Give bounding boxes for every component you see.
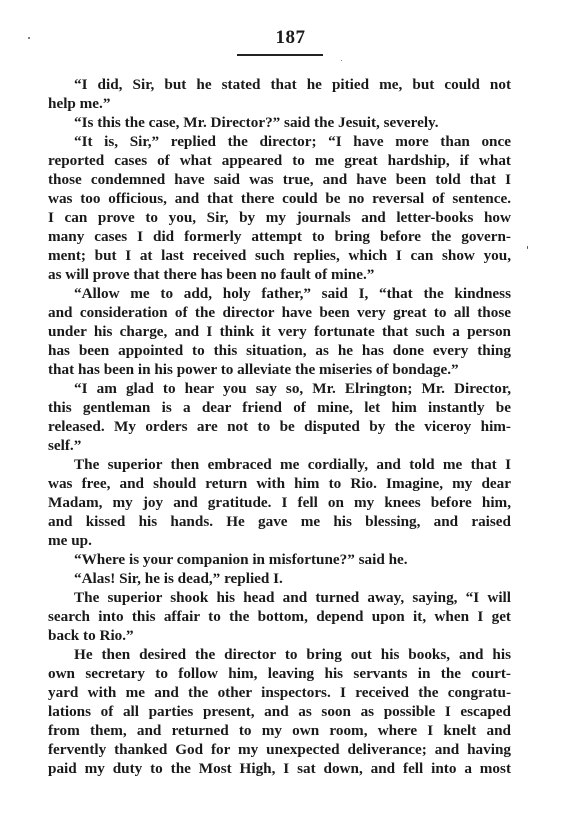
text-line: Madam, my joy and gratitude. I fell on m… [48,493,511,512]
text-line: many cases I did formerly attempt to bri… [48,227,511,246]
text-line: lations of all parties present, and as s… [48,702,511,721]
text-line: own secretary to follow him, leaving his… [48,664,511,683]
text-line: The superior then embraced me cordially,… [48,455,511,474]
text-line: and kissed his hands. He gave me his ble… [48,512,511,531]
page-body-text: “I did, Sir, but he stated that he pitie… [48,75,511,778]
scan-speck [527,246,528,249]
text-line: that has been in his power to alleviate … [48,360,511,379]
text-line: ment; but I at last received such replie… [48,246,511,265]
text-line: and consideration of the director have b… [48,303,511,322]
text-line: as will prove that there has been no fau… [48,265,511,284]
text-line: The superior shook his head and turned a… [48,588,511,607]
text-line: under his charge, and I think it very fo… [48,322,511,341]
text-line: I can prove to you, Sir, by my journals … [48,208,511,227]
scan-speck [28,37,30,39]
text-line: “I am glad to hear you say so, Mr. Elrin… [48,379,511,398]
header-rule [237,54,323,56]
text-line: those condemned have said was true, and … [48,170,511,189]
page-header: 187 [0,27,575,49]
text-line: “Alas! Sir, he is dead,” replied I. [48,569,511,588]
text-line: “I did, Sir, but he stated that he pitie… [48,75,511,94]
text-line: me up. [48,531,511,550]
text-line: yard with me and the other inspectors. I… [48,683,511,702]
page-number: 187 [276,27,306,49]
text-line: was too officious, and that there could … [48,189,511,208]
text-line: from them, and returned to my own room, … [48,721,511,740]
text-line: self.” [48,436,511,455]
text-line: “Where is your companion in misfortune?”… [48,550,511,569]
text-line: “It is, Sir,” replied the director; “I h… [48,132,511,151]
text-line: has been appointed to this situation, as… [48,341,511,360]
text-line: search into this affair to the bottom, d… [48,607,511,626]
text-line: reported cases of what appeared to me gr… [48,151,511,170]
text-line: help me.” [48,94,511,113]
text-line: was free, and should return with him to … [48,474,511,493]
text-line: back to Rio.” [48,626,511,645]
text-line: “Allow me to add, holy father,” said I, … [48,284,511,303]
text-line: He then desired the director to bring ou… [48,645,511,664]
text-line: fervently thanked God for my unexpected … [48,740,511,759]
scan-speck [341,60,342,61]
text-line: released. My orders are not to be disput… [48,417,511,436]
text-line: this gentleman is a dear friend of mine,… [48,398,511,417]
text-line: “Is this the case, Mr. Director?” said t… [48,113,511,132]
text-line: paid my duty to the Most High, I sat dow… [48,759,511,778]
